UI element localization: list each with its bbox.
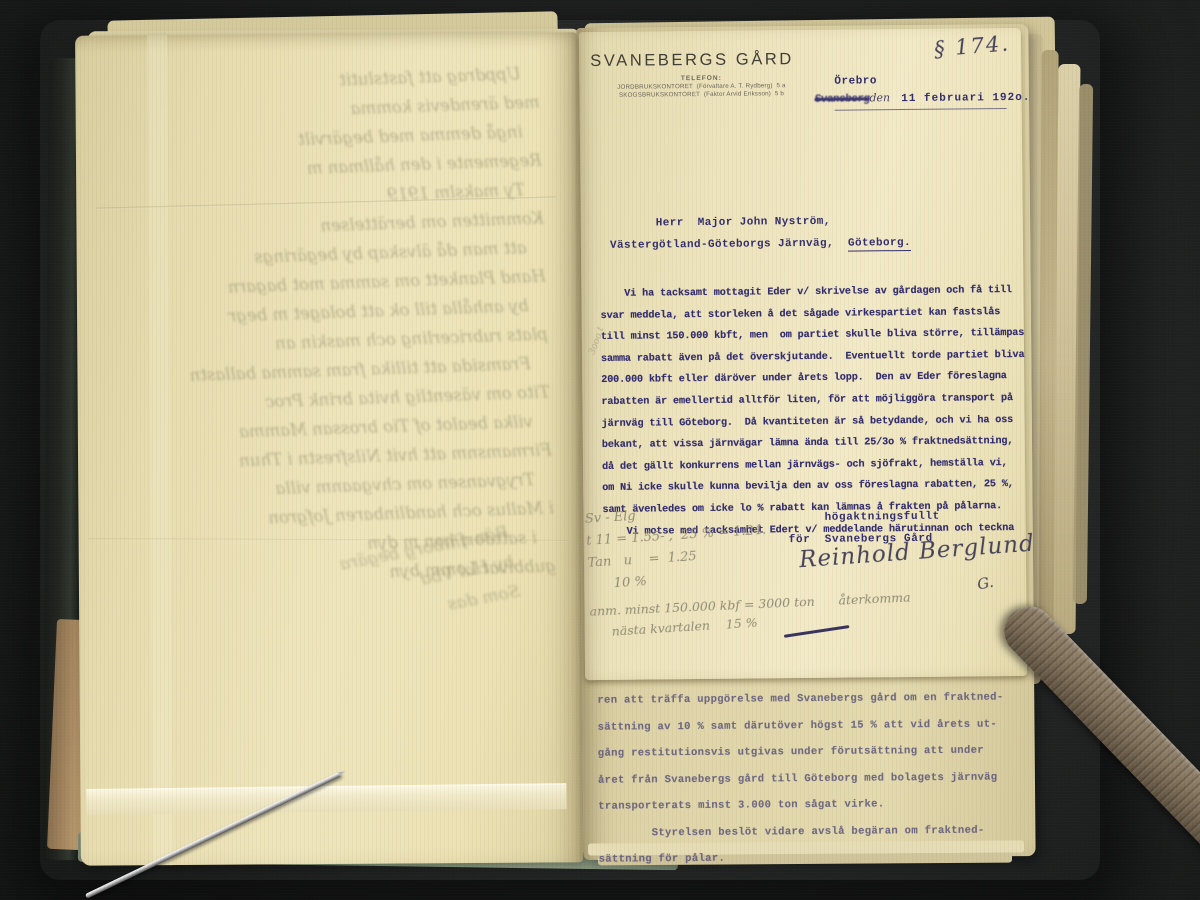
protocol-text: ren att träffa uppgörelse med Svanebergs… xyxy=(597,684,1028,873)
tape-strip xyxy=(86,783,566,815)
struck-place-name: Svaneberg xyxy=(814,93,870,106)
protocol-line: Styrelsen beslöt vidare avslå begäran om… xyxy=(598,817,1028,847)
protocol-line: sättning av 10 % samt därutöver högst 15… xyxy=(597,711,1027,741)
dateline-city: Örebro xyxy=(834,75,877,87)
date-underline xyxy=(835,108,1007,111)
dateline-row: Svanebergden 11 februari 192o. xyxy=(814,90,1030,106)
photo-of-archive-book: Uppdrag att fastslutitmed ärendevis komm… xyxy=(0,0,1200,900)
dateline-den-word: den xyxy=(869,91,893,104)
protocol-line: året från Svanebergs gård till Göteborg … xyxy=(598,764,1028,794)
recipient-line-1: Herr Major John Nyström, xyxy=(656,216,831,230)
letterhead-company: SVANEBERGS GÅRD xyxy=(590,50,794,71)
recipient-railway: Västergötland-Göteborgs Järnväg, xyxy=(610,238,848,252)
closing-salutation: högaktningsfullt xyxy=(825,511,940,524)
pencil-note-lower-2: nästa kvartalen 15 % xyxy=(611,615,758,639)
archive-paragraph-mark: § 174. xyxy=(933,31,1011,61)
recipient-city-underlined: Göteborg. xyxy=(848,237,911,252)
protocol-line: ren att träffa uppgörelse med Svanebergs… xyxy=(597,684,1027,714)
dateline-date: 11 februari 192o. xyxy=(894,92,1031,105)
protocol-line: transporterats minst 3.000 ton sågat vir… xyxy=(598,790,1028,820)
pencil-calculations: Sv - Elgt 11 = 1.55- , 25 % = 1.24.Tan u… xyxy=(584,498,769,597)
letter-content: SVANEBERGS GÅRD TELEFON: JORDBRUKSKONTOR… xyxy=(582,32,1028,676)
telefon-line: SKOGSBRUKSKONTORET (Faktor Arvid Eriksso… xyxy=(582,90,820,99)
recipient-line-2: Västergötland-Göteborgs Järnväg, Götebor… xyxy=(610,237,911,252)
protocol-line: gång restitutionsvis utgivas under förut… xyxy=(598,737,1028,767)
protocol-line: sättning för pålar. xyxy=(599,843,1029,873)
ink-stroke xyxy=(784,625,850,638)
telefon-lines: JORDBRUKSKONTORET (Förvaltare A. T. Rydb… xyxy=(582,82,820,99)
letterhead-telephone-block: TELEFON: JORDBRUKSKONTORET (Förvaltare A… xyxy=(582,74,820,99)
